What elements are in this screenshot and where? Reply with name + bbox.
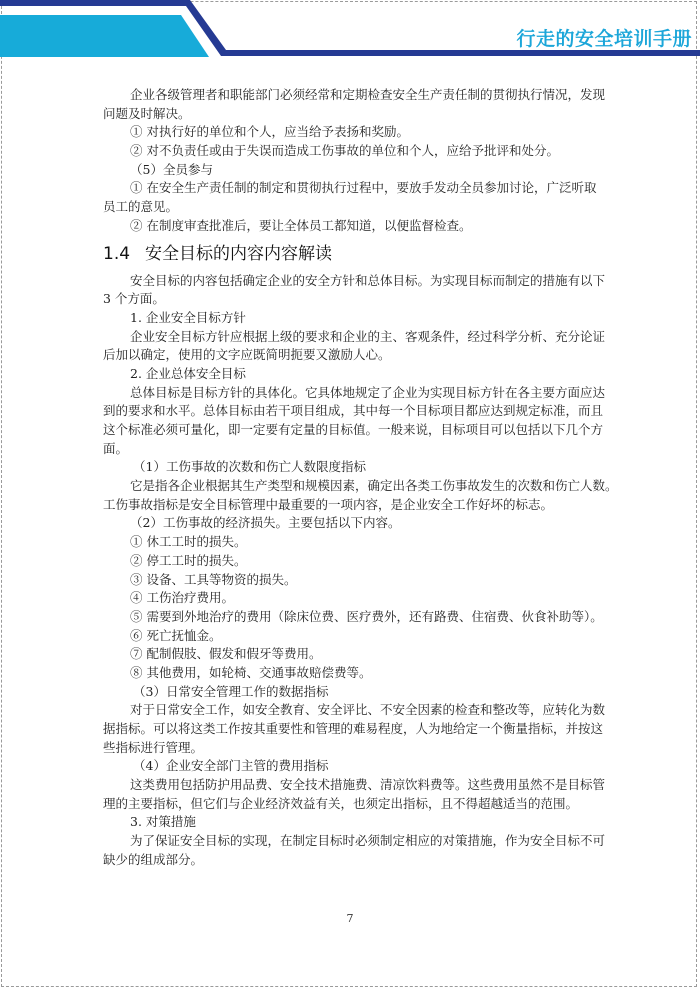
text-line: 面。 <box>103 440 597 459</box>
text-line: 总体目标是目标方针的具体化。它具体地规定了企业为实现目标方针在各主要方面应达 <box>103 384 597 403</box>
text-line: 据指标。可以将这类工作按其重要性和管理的难易程度，人为地给定一个衡量指标，并按这 <box>103 720 597 739</box>
text-line: ⑤ 需要到外地治疗的费用（除床位费、医疗费外，还有路费、住宿费、伙食补助等）。 <box>103 608 597 627</box>
text-line: （3）日常安全管理工作的数据指标 <box>103 683 597 702</box>
text-line: 企业安全目标方针应根据上级的要求和企业的主、客观条件，经过科学分析、充分论证 <box>103 328 597 347</box>
text-line: （4）企业安全部门主管的费用指标 <box>103 757 597 776</box>
text-line: 工伤事故指标是安全目标管理中最重要的一项内容，是企业安全工作好坏的标志。 <box>103 496 597 515</box>
text-line: 到的要求和水平。总体目标由若干项目组成，其中每一个目标项目都应达到规定标准，而且 <box>103 402 597 421</box>
text-line: 它是指各企业根据其生产类型和规模因素，确定出各类工伤事故发生的次数和伤亡人数。 <box>103 477 597 496</box>
text-line: ⑦ 配制假肢、假发和假牙等费用。 <box>103 645 597 664</box>
text-line: ① 在安全生产责任制的制定和贯彻执行过程中，要放手发动全员参加讨论，广泛听取 <box>103 179 597 198</box>
text-line: 这个标准必须可量化，即一定要有定量的目标值。一般来说，目标项目可以包括以下几个方 <box>103 421 597 440</box>
text-line: ① 休工工时的损失。 <box>103 533 597 552</box>
text-line: 缺少的组成部分。 <box>103 851 597 870</box>
text-line: 3 个方面。 <box>103 290 597 309</box>
text-line: 3. 对策措施 <box>103 813 597 832</box>
text-line: 理的主要指标，但它们与企业经济效益有关，也须定出指标，且不得超越适当的范围。 <box>103 795 597 814</box>
text-line: 企业各级管理者和职能部门必须经常和定期检查安全生产责任制的贯彻执行情况，发现 <box>103 86 597 105</box>
text-line: 员工的意见。 <box>103 198 597 217</box>
section-number: 1.4 <box>103 239 145 269</box>
text-line: 对于日常安全工作，如安全教育、安全评比、不安全因素的检查和整改等，应转化为数 <box>103 701 597 720</box>
text-line: 问题及时解决。 <box>103 105 597 124</box>
text-line: 为了保证安全目标的实现，在制定目标时必须制定相应的对策措施，作为安全目标不可 <box>103 832 597 851</box>
text-line: 后加以确定，使用的文字应既简明扼要又激励人心。 <box>103 346 597 365</box>
section-title: 安全目标的内容内容解读 <box>145 244 332 264</box>
text-line: 2. 企业总体安全目标 <box>103 365 597 384</box>
text-line: 这类费用包括防护用品费、安全技术措施费、清凉饮料费等。这些费用虽然不是目标管 <box>103 776 597 795</box>
text-line: （2）工伤事故的经济损失。主要包括以下内容。 <box>103 514 597 533</box>
text-line: ② 对不负责任或由于失误而造成工伤事故的单位和个人，应给予批评和处分。 <box>103 142 597 161</box>
text-line: 1. 企业安全目标方针 <box>103 309 597 328</box>
handbook-title: 行走的安全培训手册 <box>516 24 692 51</box>
text-line: ④ 工伤治疗费用。 <box>103 589 597 608</box>
text-line: ① 对执行好的单位和个人，应当给予表扬和奖励。 <box>103 123 597 142</box>
text-line: （5）全员参与 <box>103 161 597 180</box>
paragraphs-before-heading: 企业各级管理者和职能部门必须经常和定期检查安全生产责任制的贯彻执行情况，发现问题… <box>103 86 597 236</box>
text-line: （1）工伤事故的次数和伤亡人数限度指标 <box>103 458 597 477</box>
text-line: 些指标进行管理。 <box>103 739 597 758</box>
text-line: ③ 设备、工具等物资的损失。 <box>103 571 597 590</box>
page-content: 企业各级管理者和职能部门必须经常和定期检查安全生产责任制的贯彻执行情况，发现问题… <box>103 86 597 870</box>
page-header: 行走的安全培训手册 <box>0 0 700 62</box>
page-number: 7 <box>0 912 700 925</box>
text-line: ⑥ 死亡抚恤金。 <box>103 627 597 646</box>
section-heading: 1.4安全目标的内容内容解读 <box>103 239 597 269</box>
text-line: ② 在制度审查批准后，要让全体员工都知道，以便监督检查。 <box>103 217 597 236</box>
text-line: ⑧ 其他费用，如轮椅、交通事故赔偿费等。 <box>103 664 597 683</box>
header-cyan-block <box>0 15 209 57</box>
paragraphs-after-heading: 安全目标的内容包括确定企业的安全方针和总体目标。为实现目标而制定的措施有以下3 … <box>103 272 597 870</box>
text-line: ② 停工工时的损失。 <box>103 552 597 571</box>
text-line: 安全目标的内容包括确定企业的安全方针和总体目标。为实现目标而制定的措施有以下 <box>103 272 597 291</box>
